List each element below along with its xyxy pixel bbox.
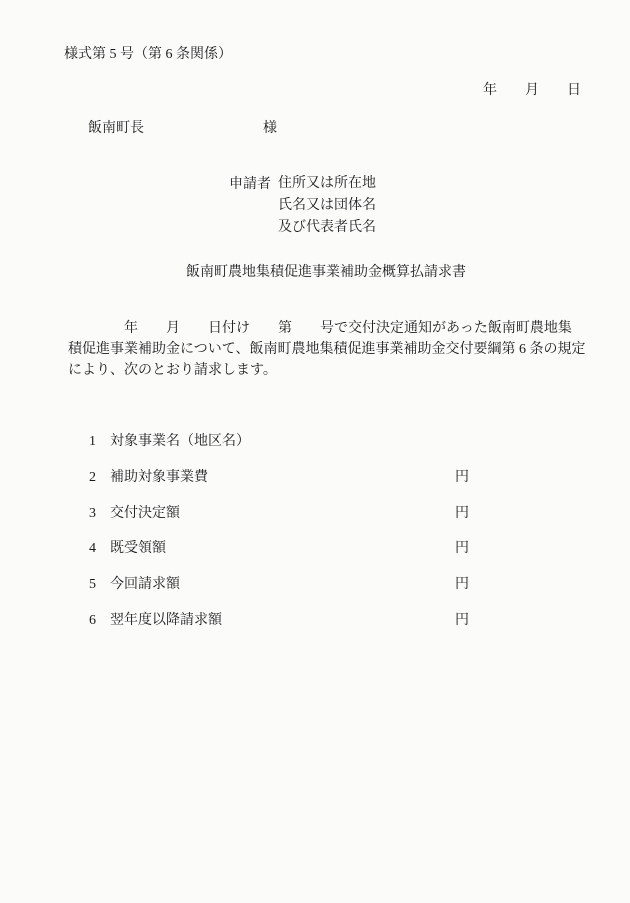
item-label: 翌年度以降請求額 [110,612,222,629]
item-row: 5 今回請求額 円 [0,576,630,593]
applicant-label: 申請者 [229,176,271,193]
item-number: 1 [89,433,96,450]
item-unit: 円 [455,540,469,557]
item-row: 4 既受領額 円 [0,540,630,557]
item-number: 5 [89,576,96,593]
item-unit: 円 [455,469,469,486]
document-title: 飯南町農地集積促進事業補助金概算払請求書 [186,264,466,281]
item-unit: 円 [455,505,469,522]
item-label: 既受領額 [110,540,166,557]
addressee-honorific: 様 [263,120,277,137]
item-row: 2 補助対象事業費 円 [0,469,630,486]
item-unit: 円 [455,576,469,593]
applicant-details: 住所又は所在地 氏名又は団体名 及び代表者氏名 [278,173,376,239]
item-number: 2 [89,469,96,486]
item-label: 今回請求額 [110,576,180,593]
body-paragraph: 年 月 日付け 第 号で交付決定通知があった飯南町農地集 積促進事業補助金につい… [68,318,608,381]
item-row: 6 翌年度以降請求額 円 [0,612,630,629]
date-line: 年 月 日 [483,82,581,99]
item-label: 補助対象事業費 [110,469,208,486]
item-unit: 円 [455,612,469,629]
addressee-name: 飯南町長 [88,120,144,137]
item-row: 3 交付決定額 円 [0,505,630,522]
item-label: 対象事業名（地区名） [110,433,250,450]
document-page: 様式第 5 号（第 6 条関係） 年 月 日 飯南町長 様 申請者 住所又は所在… [0,0,630,903]
item-label: 交付決定額 [110,505,180,522]
item-number: 3 [89,505,96,522]
item-number: 4 [89,540,96,557]
item-row: 1 対象事業名（地区名） [0,433,630,450]
item-number: 6 [89,612,96,629]
form-number: 様式第 5 号（第 6 条関係） [64,46,232,63]
